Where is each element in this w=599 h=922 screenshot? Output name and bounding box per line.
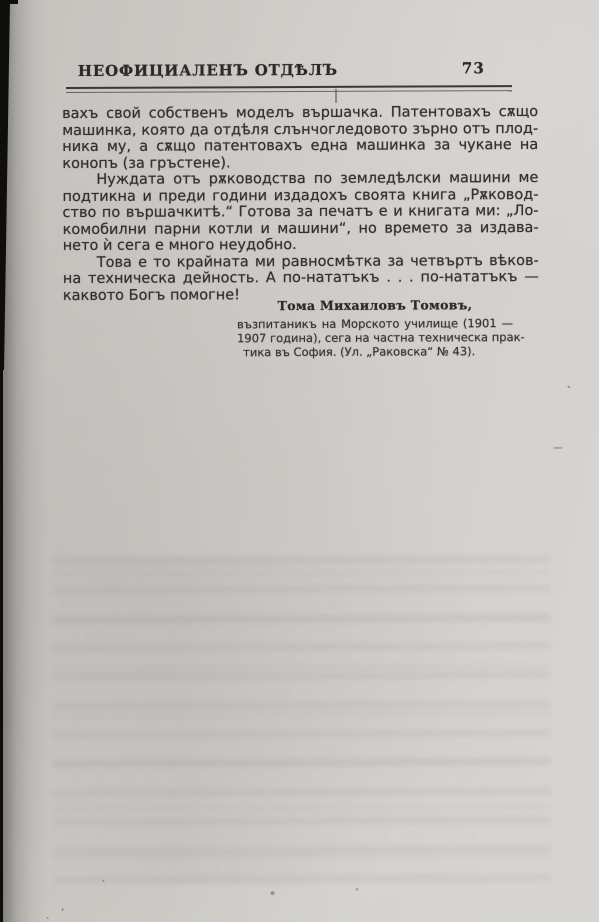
show-through-text <box>52 555 551 885</box>
scan-speck <box>102 880 104 882</box>
page-content: НЕОФИЦИАЛЕНЪ ОТДѢЛЪ 73 вахъ свой собстве… <box>0 0 599 922</box>
body-line: комобилни парни котли и машини“, но врем… <box>63 219 539 238</box>
body-text: вахъ свой собственъ моделъ вършачка. Пат… <box>62 104 539 304</box>
scan-speck <box>62 908 64 911</box>
body-line: конопъ (за гръстене). <box>62 153 538 172</box>
body-line: вахъ свой собственъ моделъ вършачка. Пат… <box>62 104 538 123</box>
body-line: ника му, а сѫщо патентовахъ една машинка… <box>62 137 538 156</box>
signature-detail-line: тика въ София. (Ул. „Раковска“ № 43). <box>237 344 513 359</box>
paragraph-1: вахъ свой собственъ моделъ вършачка. Пат… <box>62 104 538 172</box>
signature-name: Тома Михаиловъ Томовъ, <box>237 297 513 313</box>
scan-artifact-line <box>335 89 337 103</box>
page-number: 73 <box>462 59 485 77</box>
body-line: на техническа дейность. А по-нататъкъ . … <box>63 269 539 288</box>
scan-speck <box>355 888 358 891</box>
body-line: подтикна и преди години издадохъ своята … <box>62 186 538 205</box>
body-line: Нуждата отъ рѫководства по земледѣлски м… <box>62 170 538 189</box>
scan-speck <box>567 385 571 388</box>
scan-speck <box>47 917 49 919</box>
header-rule <box>66 85 512 93</box>
body-line: нето ѝ сега е много неудобно. <box>63 236 539 255</box>
signature-detail-line: възпитаникъ на Морското училище (1901 — <box>237 316 513 331</box>
scan-speck <box>270 891 274 895</box>
running-header-title: НЕОФИЦИАЛЕНЪ ОТДѢЛЪ <box>78 61 338 80</box>
signature-block: Тома Михаиловъ Томовъ, възпитаникъ на Мо… <box>237 297 513 359</box>
body-line: Това е то крайната ми равносмѣтка за чет… <box>63 252 539 271</box>
scan-speck <box>554 447 563 449</box>
scanned-page: НЕОФИЦИАЛЕНЪ ОТДѢЛЪ 73 вахъ свой собстве… <box>0 0 599 922</box>
paragraph-2: Нуждата отъ рѫководства по земледѣлски м… <box>62 170 538 255</box>
signature-detail-line: 1907 година), сега на частна техническа … <box>237 330 513 345</box>
body-line: ство по вършачкитѣ.“ Готова за печатъ е … <box>62 203 538 222</box>
body-line: машинка, която да отдѣля слънчогледовото… <box>62 120 538 139</box>
